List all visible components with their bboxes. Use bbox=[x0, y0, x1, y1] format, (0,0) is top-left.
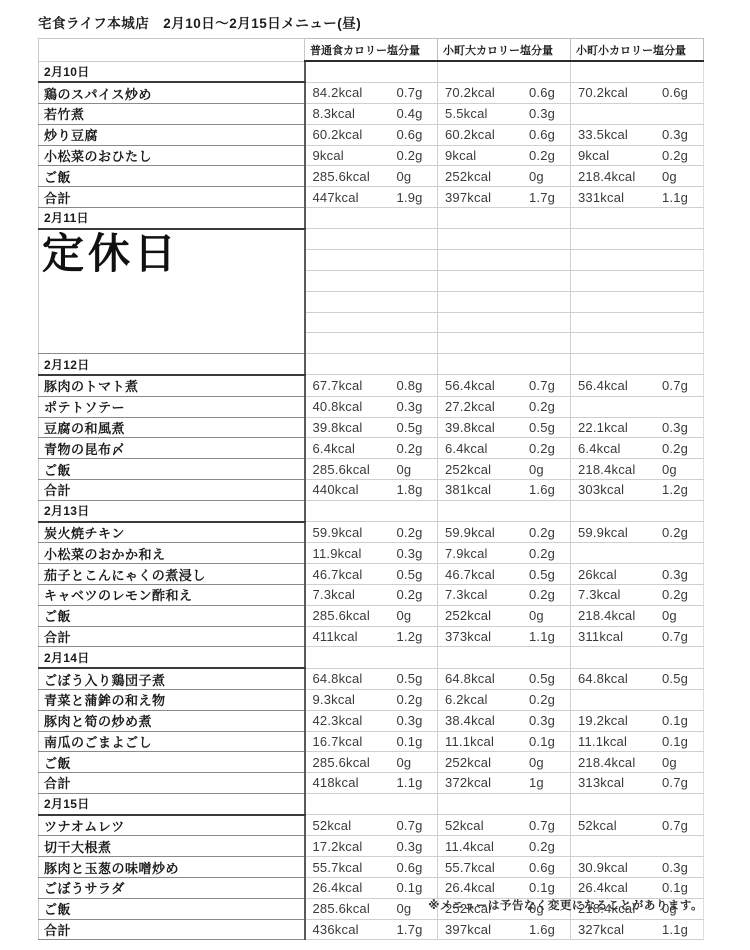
menu-item-name: 小松菜のおひたし bbox=[39, 145, 305, 166]
kcal-value: 16.7kcal bbox=[306, 734, 397, 749]
menu-item-row: 豚肉のトマト煮67.7kcal0.8g56.4kcal0.7g56.4kcal0… bbox=[39, 375, 704, 396]
kcal-value: 285.6kcal bbox=[306, 169, 397, 184]
salt-value: 0.2g bbox=[529, 692, 555, 707]
menu-item-row: 若竹煮8.3kcal0.4g5.5kcal0.3g bbox=[39, 104, 704, 125]
kcal-value: 40.8kcal bbox=[306, 399, 397, 414]
menu-item-row: 青菜と蒲鉾の和え物9.3kcal0.2g6.2kcal0.2g bbox=[39, 689, 704, 710]
kcal-value: 9kcal bbox=[438, 148, 529, 163]
empty-value-cell bbox=[438, 333, 571, 354]
empty-value-cell bbox=[571, 836, 704, 857]
kcal-value: 9.3kcal bbox=[306, 692, 397, 707]
menu-item-row: 豚肉と筍の炒め煮42.3kcal0.3g38.4kcal0.3g19.2kcal… bbox=[39, 710, 704, 731]
kcal-salt-cell: 64.8kcal0.5g bbox=[438, 668, 571, 689]
kcal-value: 84.2kcal bbox=[306, 85, 397, 100]
empty-value-cell bbox=[305, 312, 438, 333]
menu-item-row: ポテトソテー40.8kcal0.3g27.2kcal0.2g bbox=[39, 396, 704, 417]
kcal-salt-cell: 56.4kcal0.7g bbox=[571, 375, 704, 396]
kcal-salt-cell: 6.4kcal0.2g bbox=[571, 438, 704, 459]
kcal-value: 11.4kcal bbox=[438, 839, 529, 854]
salt-value: 0.2g bbox=[529, 839, 555, 854]
salt-value: 0g bbox=[397, 755, 412, 770]
kcal-salt-cell: 30.9kcal0.3g bbox=[571, 857, 704, 878]
date-cell: 2月12日 bbox=[39, 354, 305, 375]
kcal-value: 218.4kcal bbox=[571, 755, 662, 770]
salt-value: 0.1g bbox=[662, 713, 688, 728]
kcal-value: 19.2kcal bbox=[571, 713, 662, 728]
menu-item-row: 合計411kcal1.2g373kcal1.1g311kcal0.7g bbox=[39, 626, 704, 647]
kcal-value: 5.5kcal bbox=[438, 106, 529, 121]
empty-value-cell bbox=[305, 250, 438, 271]
menu-item-name: 豚肉と玉葱の味噌炒め bbox=[39, 857, 305, 878]
salt-value: 0.3g bbox=[397, 713, 423, 728]
kcal-value: 64.8kcal bbox=[438, 671, 529, 686]
menu-item-name: 豚肉のトマト煮 bbox=[39, 375, 305, 396]
menu-item-name: 合計 bbox=[39, 919, 305, 940]
kcal-salt-cell: 59.9kcal0.2g bbox=[571, 522, 704, 543]
empty-value-cell bbox=[571, 689, 704, 710]
empty-value-cell bbox=[571, 104, 704, 125]
kcal-value: 311kcal bbox=[571, 629, 662, 644]
menu-item-row: 小松菜のおかか和え11.9kcal0.3g7.9kcal0.2g bbox=[39, 543, 704, 564]
salt-value: 0.7g bbox=[662, 775, 688, 790]
salt-value: 0.6g bbox=[529, 860, 555, 875]
salt-value: 0g bbox=[529, 608, 544, 623]
kcal-value: 218.4kcal bbox=[571, 462, 662, 477]
salt-value: 0.3g bbox=[662, 860, 688, 875]
kcal-value: 64.8kcal bbox=[306, 671, 397, 686]
kcal-value: 252kcal bbox=[438, 755, 529, 770]
empty-value-cell bbox=[571, 543, 704, 564]
salt-value: 0.5g bbox=[662, 671, 688, 686]
menu-item-name: 合計 bbox=[39, 773, 305, 794]
menu-item-row: 合計418kcal1.1g372kcal1g313kcal0.7g bbox=[39, 773, 704, 794]
salt-value: 0.8g bbox=[397, 378, 423, 393]
salt-value: 0.7g bbox=[397, 818, 423, 833]
menu-item-name: 合計 bbox=[39, 626, 305, 647]
date-row: 2月15日 bbox=[39, 793, 704, 814]
salt-value: 0.7g bbox=[529, 818, 555, 833]
menu-item-name: 茄子とこんにゃくの煮浸し bbox=[39, 564, 305, 585]
kcal-salt-cell: 17.2kcal0.3g bbox=[305, 836, 438, 857]
kcal-value: 26.4kcal bbox=[306, 880, 397, 895]
salt-value: 0.1g bbox=[662, 880, 688, 895]
date-row: 2月12日 bbox=[39, 354, 704, 375]
kcal-value: 38.4kcal bbox=[438, 713, 529, 728]
salt-value: 0.2g bbox=[662, 587, 688, 602]
kcal-salt-cell: 397kcal1.7g bbox=[438, 187, 571, 208]
menu-item-name: ご飯 bbox=[39, 605, 305, 626]
kcal-value: 59.9kcal bbox=[306, 525, 397, 540]
kcal-value: 70.2kcal bbox=[438, 85, 529, 100]
kcal-value: 39.8kcal bbox=[438, 420, 529, 435]
page-title: 宅食ライフ本城店 2月10日〜2月15日メニュー(昼) bbox=[38, 12, 361, 32]
salt-value: 0.5g bbox=[397, 420, 423, 435]
menu-item-name: ご飯 bbox=[39, 166, 305, 187]
footer-note: ※メニューは予告なく変更になることがあります。 bbox=[38, 897, 703, 913]
menu-item-row: 切干大根煮17.2kcal0.3g11.4kcal0.2g bbox=[39, 836, 704, 857]
salt-value: 0.5g bbox=[529, 671, 555, 686]
salt-value: 0g bbox=[662, 462, 677, 477]
menu-item-name: 炒り豆腐 bbox=[39, 124, 305, 145]
kcal-value: 436kcal bbox=[306, 922, 397, 937]
closed-notice: 定休日 bbox=[39, 229, 305, 354]
date-cell: 2月14日 bbox=[39, 647, 305, 668]
kcal-value: 218.4kcal bbox=[571, 169, 662, 184]
menu-item-name: 青物の昆布〆 bbox=[39, 438, 305, 459]
salt-value: 0.3g bbox=[662, 420, 688, 435]
empty-value-cell bbox=[305, 647, 438, 668]
kcal-value: 252kcal bbox=[438, 462, 529, 477]
date-row: 2月10日 bbox=[39, 61, 704, 82]
kcal-salt-cell: 5.5kcal0.3g bbox=[438, 104, 571, 125]
salt-value: 1.2g bbox=[397, 629, 423, 644]
kcal-salt-cell: 26kcal0.3g bbox=[571, 564, 704, 585]
empty-value-cell bbox=[305, 333, 438, 354]
empty-value-cell bbox=[571, 270, 704, 291]
menu-item-name: ご飯 bbox=[39, 752, 305, 773]
menu-item-row: 合計447kcal1.9g397kcal1.7g331kcal1.1g bbox=[39, 187, 704, 208]
menu-item-row: 炭火焼チキン59.9kcal0.2g59.9kcal0.2g59.9kcal0.… bbox=[39, 522, 704, 543]
empty-value-cell bbox=[571, 312, 704, 333]
kcal-salt-cell: 46.7kcal0.5g bbox=[305, 564, 438, 585]
empty-value-cell bbox=[571, 647, 704, 668]
salt-value: 1.7g bbox=[397, 922, 423, 937]
empty-value-cell bbox=[305, 208, 438, 229]
menu-item-row: ごぼう入り鶏団子煮64.8kcal0.5g64.8kcal0.5g64.8kca… bbox=[39, 668, 704, 689]
salt-value: 0.1g bbox=[397, 880, 423, 895]
salt-value: 0.7g bbox=[662, 378, 688, 393]
menu-item-row: 豚肉と玉葱の味噌炒め55.7kcal0.6g55.7kcal0.6g30.9kc… bbox=[39, 857, 704, 878]
menu-item-name: 若竹煮 bbox=[39, 104, 305, 125]
column-header-komachi-large: 小町大カロリー塩分量 bbox=[438, 39, 571, 62]
kcal-salt-cell: 6.2kcal0.2g bbox=[438, 689, 571, 710]
kcal-value: 440kcal bbox=[306, 482, 397, 497]
menu-item-name: 豚肉と筍の炒め煮 bbox=[39, 710, 305, 731]
kcal-value: 52kcal bbox=[438, 818, 529, 833]
kcal-salt-cell: 285.6kcal0g bbox=[305, 459, 438, 480]
kcal-salt-cell: 22.1kcal0.3g bbox=[571, 417, 704, 438]
kcal-salt-cell: 218.4kcal0g bbox=[571, 459, 704, 480]
header-row: 普通食カロリー塩分量 小町大カロリー塩分量 小町小カロリー塩分量 bbox=[39, 39, 704, 62]
salt-value: 0.2g bbox=[397, 148, 423, 163]
kcal-value: 11.9kcal bbox=[306, 546, 397, 561]
empty-value-cell bbox=[305, 793, 438, 814]
salt-value: 0.3g bbox=[529, 713, 555, 728]
kcal-value: 11.1kcal bbox=[571, 734, 662, 749]
menu-item-name: ポテトソテー bbox=[39, 396, 305, 417]
empty-value-cell bbox=[438, 500, 571, 521]
kcal-value: 46.7kcal bbox=[438, 567, 529, 582]
kcal-salt-cell: 67.7kcal0.8g bbox=[305, 375, 438, 396]
salt-value: 0.7g bbox=[529, 378, 555, 393]
menu-item-name: 鶏のスパイス炒め bbox=[39, 82, 305, 103]
kcal-value: 11.1kcal bbox=[438, 734, 529, 749]
salt-value: 0g bbox=[662, 608, 677, 623]
salt-value: 0.3g bbox=[662, 567, 688, 582]
salt-value: 0.5g bbox=[529, 567, 555, 582]
salt-value: 0.6g bbox=[529, 85, 555, 100]
kcal-value: 59.9kcal bbox=[438, 525, 529, 540]
salt-value: 0g bbox=[397, 608, 412, 623]
salt-value: 1.6g bbox=[529, 922, 555, 937]
kcal-value: 6.4kcal bbox=[306, 441, 397, 456]
kcal-value: 418kcal bbox=[306, 775, 397, 790]
empty-value-cell bbox=[571, 61, 704, 82]
kcal-salt-cell: 6.4kcal0.2g bbox=[305, 438, 438, 459]
salt-value: 0.2g bbox=[662, 525, 688, 540]
menu-item-row: ご飯285.6kcal0g252kcal0g218.4kcal0g bbox=[39, 459, 704, 480]
salt-value: 0.2g bbox=[529, 148, 555, 163]
kcal-salt-cell: 16.7kcal0.1g bbox=[305, 731, 438, 752]
kcal-salt-cell: 7.3kcal0.2g bbox=[305, 584, 438, 605]
empty-value-cell bbox=[571, 793, 704, 814]
salt-value: 1.1g bbox=[662, 922, 688, 937]
menu-item-row: 小松菜のおひたし9kcal0.2g9kcal0.2g9kcal0.2g bbox=[39, 145, 704, 166]
salt-value: 1.9g bbox=[397, 190, 423, 205]
kcal-value: 56.4kcal bbox=[571, 378, 662, 393]
kcal-salt-cell: 38.4kcal0.3g bbox=[438, 710, 571, 731]
date-cell: 2月13日 bbox=[39, 500, 305, 521]
kcal-salt-cell: 27.2kcal0.2g bbox=[438, 396, 571, 417]
salt-value: 1.1g bbox=[529, 629, 555, 644]
kcal-value: 7.3kcal bbox=[306, 587, 397, 602]
menu-item-name: 小松菜のおかか和え bbox=[39, 543, 305, 564]
salt-value: 0.2g bbox=[529, 525, 555, 540]
kcal-value: 252kcal bbox=[438, 169, 529, 184]
kcal-value: 55.7kcal bbox=[438, 860, 529, 875]
kcal-value: 52kcal bbox=[571, 818, 662, 833]
kcal-salt-cell: 447kcal1.9g bbox=[305, 187, 438, 208]
kcal-salt-cell: 436kcal1.7g bbox=[305, 919, 438, 940]
menu-item-row: ご飯285.6kcal0g252kcal0g218.4kcal0g bbox=[39, 166, 704, 187]
menu-item-row: 茄子とこんにゃくの煮浸し46.7kcal0.5g46.7kcal0.5g26kc… bbox=[39, 564, 704, 585]
kcal-value: 67.7kcal bbox=[306, 378, 397, 393]
kcal-salt-cell: 11.1kcal0.1g bbox=[438, 731, 571, 752]
empty-value-cell bbox=[305, 61, 438, 82]
kcal-salt-cell: 303kcal1.2g bbox=[571, 479, 704, 500]
kcal-value: 331kcal bbox=[571, 190, 662, 205]
empty-value-cell bbox=[438, 270, 571, 291]
empty-value-cell bbox=[571, 208, 704, 229]
kcal-value: 46.7kcal bbox=[306, 567, 397, 582]
kcal-salt-cell: 313kcal0.7g bbox=[571, 773, 704, 794]
salt-value: 0.2g bbox=[662, 441, 688, 456]
kcal-salt-cell: 9kcal0.2g bbox=[438, 145, 571, 166]
salt-value: 0.4g bbox=[397, 106, 423, 121]
kcal-salt-cell: 7.3kcal0.2g bbox=[571, 584, 704, 605]
empty-value-cell bbox=[305, 500, 438, 521]
menu-item-name: 南瓜のごまよごし bbox=[39, 731, 305, 752]
menu-table-body: 2月10日鶏のスパイス炒め84.2kcal0.7g70.2kcal0.6g70.… bbox=[39, 61, 704, 940]
kcal-salt-cell: 9.3kcal0.2g bbox=[305, 689, 438, 710]
salt-value: 0.3g bbox=[397, 399, 423, 414]
kcal-value: 17.2kcal bbox=[306, 839, 397, 854]
salt-value: 0.1g bbox=[529, 734, 555, 749]
empty-value-cell bbox=[305, 291, 438, 312]
menu-item-row: ごぼうサラダ26.4kcal0.1g26.4kcal0.1g26.4kcal0.… bbox=[39, 878, 704, 899]
date-cell: 2月11日 bbox=[39, 208, 305, 229]
menu-table: 普通食カロリー塩分量 小町大カロリー塩分量 小町小カロリー塩分量 2月10日鶏の… bbox=[38, 38, 704, 940]
menu-item-name: 合計 bbox=[39, 187, 305, 208]
kcal-salt-cell: 11.4kcal0.2g bbox=[438, 836, 571, 857]
salt-value: 0.2g bbox=[397, 587, 423, 602]
empty-value-cell bbox=[438, 354, 571, 375]
salt-value: 0.2g bbox=[529, 546, 555, 561]
menu-item-name: キャベツのレモン酢和え bbox=[39, 584, 305, 605]
date-row: 2月11日 bbox=[39, 208, 704, 229]
kcal-salt-cell: 60.2kcal0.6g bbox=[438, 124, 571, 145]
kcal-value: 8.3kcal bbox=[306, 106, 397, 121]
kcal-salt-cell: 39.8kcal0.5g bbox=[438, 417, 571, 438]
kcal-value: 381kcal bbox=[438, 482, 529, 497]
kcal-salt-cell: 26.4kcal0.1g bbox=[438, 878, 571, 899]
kcal-salt-cell: 52kcal0.7g bbox=[438, 815, 571, 836]
kcal-value: 39.8kcal bbox=[306, 420, 397, 435]
menu-item-name: 炭火焼チキン bbox=[39, 522, 305, 543]
salt-value: 1.6g bbox=[529, 482, 555, 497]
kcal-salt-cell: 285.6kcal0g bbox=[305, 166, 438, 187]
kcal-value: 42.3kcal bbox=[306, 713, 397, 728]
kcal-value: 22.1kcal bbox=[571, 420, 662, 435]
salt-value: 0.2g bbox=[662, 148, 688, 163]
salt-value: 1.7g bbox=[529, 190, 555, 205]
kcal-salt-cell: 40.8kcal0.3g bbox=[305, 396, 438, 417]
kcal-value: 6.4kcal bbox=[438, 441, 529, 456]
kcal-value: 285.6kcal bbox=[306, 755, 397, 770]
kcal-salt-cell: 327kcal1.1g bbox=[571, 919, 704, 940]
salt-value: 1.8g bbox=[397, 482, 423, 497]
kcal-salt-cell: 33.5kcal0.3g bbox=[571, 124, 704, 145]
kcal-value: 70.2kcal bbox=[571, 85, 662, 100]
kcal-salt-cell: 70.2kcal0.6g bbox=[571, 82, 704, 103]
item-column-header-empty bbox=[39, 39, 305, 62]
kcal-salt-cell: 46.7kcal0.5g bbox=[438, 564, 571, 585]
empty-value-cell bbox=[571, 291, 704, 312]
date-cell: 2月10日 bbox=[39, 61, 305, 82]
salt-value: 0.7g bbox=[397, 85, 423, 100]
empty-value-cell bbox=[571, 250, 704, 271]
kcal-value: 372kcal bbox=[438, 775, 529, 790]
closed-section-row: 定休日 bbox=[39, 229, 704, 250]
menu-item-row: ご飯285.6kcal0g252kcal0g218.4kcal0g bbox=[39, 605, 704, 626]
salt-value: 0.2g bbox=[397, 692, 423, 707]
kcal-salt-cell: 59.9kcal0.2g bbox=[438, 522, 571, 543]
empty-value-cell bbox=[571, 396, 704, 417]
kcal-salt-cell: 42.3kcal0.3g bbox=[305, 710, 438, 731]
salt-value: 1.1g bbox=[662, 190, 688, 205]
kcal-value: 60.2kcal bbox=[438, 127, 529, 142]
kcal-value: 7.9kcal bbox=[438, 546, 529, 561]
kcal-value: 7.3kcal bbox=[438, 587, 529, 602]
kcal-value: 373kcal bbox=[438, 629, 529, 644]
salt-value: 0.3g bbox=[397, 546, 423, 561]
empty-value-cell bbox=[571, 354, 704, 375]
salt-value: 1g bbox=[529, 775, 544, 790]
kcal-salt-cell: 52kcal0.7g bbox=[571, 815, 704, 836]
menu-item-name: 合計 bbox=[39, 479, 305, 500]
kcal-value: 26.4kcal bbox=[571, 880, 662, 895]
kcal-value: 27.2kcal bbox=[438, 399, 529, 414]
kcal-salt-cell: 285.6kcal0g bbox=[305, 605, 438, 626]
salt-value: 0.6g bbox=[397, 860, 423, 875]
kcal-value: 9kcal bbox=[571, 148, 662, 163]
menu-item-row: 鶏のスパイス炒め84.2kcal0.7g70.2kcal0.6g70.2kcal… bbox=[39, 82, 704, 103]
salt-value: 0.6g bbox=[397, 127, 423, 142]
kcal-value: 285.6kcal bbox=[306, 462, 397, 477]
salt-value: 0.5g bbox=[529, 420, 555, 435]
kcal-value: 252kcal bbox=[438, 608, 529, 623]
salt-value: 0.2g bbox=[529, 587, 555, 602]
kcal-salt-cell: 60.2kcal0.6g bbox=[305, 124, 438, 145]
empty-value-cell bbox=[438, 208, 571, 229]
kcal-value: 60.2kcal bbox=[306, 127, 397, 142]
kcal-salt-cell: 373kcal1.1g bbox=[438, 626, 571, 647]
salt-value: 0.2g bbox=[397, 441, 423, 456]
salt-value: 0.3g bbox=[397, 839, 423, 854]
kcal-value: 7.3kcal bbox=[571, 587, 662, 602]
menu-item-name: 青菜と蒲鉾の和え物 bbox=[39, 689, 305, 710]
salt-value: 0.3g bbox=[529, 106, 555, 121]
kcal-salt-cell: 64.8kcal0.5g bbox=[305, 668, 438, 689]
empty-value-cell bbox=[438, 61, 571, 82]
kcal-salt-cell: 19.2kcal0.1g bbox=[571, 710, 704, 731]
kcal-value: 56.4kcal bbox=[438, 378, 529, 393]
kcal-salt-cell: 252kcal0g bbox=[438, 752, 571, 773]
menu-document: 宅食ライフ本城店 2月10日〜2月15日メニュー(昼) 普通食カロリー塩分量 小… bbox=[0, 0, 750, 950]
menu-item-row: 炒り豆腐60.2kcal0.6g60.2kcal0.6g33.5kcal0.3g bbox=[39, 124, 704, 145]
kcal-value: 55.7kcal bbox=[306, 860, 397, 875]
empty-value-cell bbox=[438, 229, 571, 250]
kcal-value: 327kcal bbox=[571, 922, 662, 937]
kcal-salt-cell: 252kcal0g bbox=[438, 605, 571, 626]
kcal-salt-cell: 56.4kcal0.7g bbox=[438, 375, 571, 396]
empty-value-cell bbox=[305, 229, 438, 250]
salt-value: 0g bbox=[662, 755, 677, 770]
kcal-salt-cell: 218.4kcal0g bbox=[571, 605, 704, 626]
kcal-salt-cell: 9kcal0.2g bbox=[305, 145, 438, 166]
empty-value-cell bbox=[571, 333, 704, 354]
kcal-salt-cell: 84.2kcal0.7g bbox=[305, 82, 438, 103]
kcal-value: 33.5kcal bbox=[571, 127, 662, 142]
salt-value: 0g bbox=[529, 755, 544, 770]
kcal-salt-cell: 26.4kcal0.1g bbox=[305, 878, 438, 899]
kcal-value: 218.4kcal bbox=[571, 608, 662, 623]
kcal-salt-cell: 218.4kcal0g bbox=[571, 752, 704, 773]
kcal-value: 30.9kcal bbox=[571, 860, 662, 875]
kcal-salt-cell: 381kcal1.6g bbox=[438, 479, 571, 500]
kcal-value: 397kcal bbox=[438, 190, 529, 205]
kcal-salt-cell: 411kcal1.2g bbox=[305, 626, 438, 647]
kcal-salt-cell: 311kcal0.7g bbox=[571, 626, 704, 647]
salt-value: 0.1g bbox=[397, 734, 423, 749]
kcal-salt-cell: 418kcal1.1g bbox=[305, 773, 438, 794]
salt-value: 0g bbox=[529, 462, 544, 477]
menu-item-name: ツナオムレツ bbox=[39, 815, 305, 836]
kcal-value: 303kcal bbox=[571, 482, 662, 497]
empty-value-cell bbox=[438, 312, 571, 333]
empty-value-cell bbox=[438, 291, 571, 312]
salt-value: 0.7g bbox=[662, 629, 688, 644]
kcal-salt-cell: 397kcal1.6g bbox=[438, 919, 571, 940]
kcal-salt-cell: 8.3kcal0.4g bbox=[305, 104, 438, 125]
kcal-value: 285.6kcal bbox=[306, 608, 397, 623]
kcal-value: 447kcal bbox=[306, 190, 397, 205]
salt-value: 0.6g bbox=[662, 85, 688, 100]
kcal-salt-cell: 59.9kcal0.2g bbox=[305, 522, 438, 543]
kcal-salt-cell: 7.9kcal0.2g bbox=[438, 543, 571, 564]
menu-item-row: ご飯285.6kcal0g252kcal0g218.4kcal0g bbox=[39, 752, 704, 773]
salt-value: 0.5g bbox=[397, 671, 423, 686]
